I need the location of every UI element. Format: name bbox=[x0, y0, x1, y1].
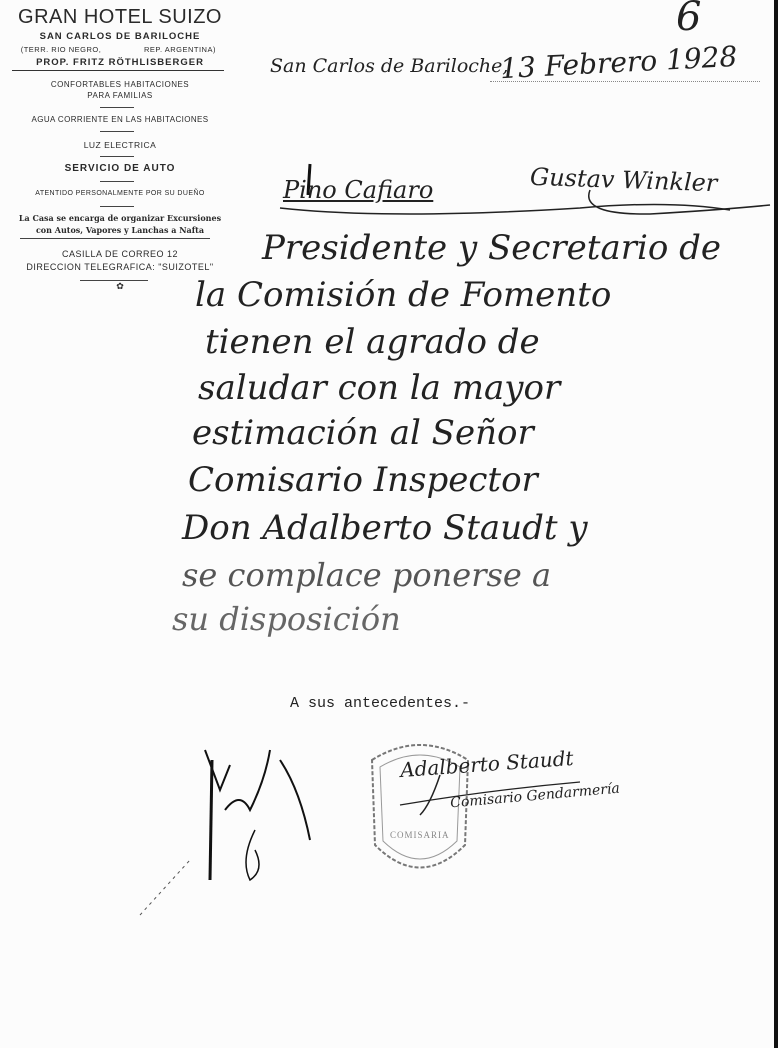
body-line: saludar con la mayor bbox=[198, 368, 560, 408]
separator bbox=[20, 238, 210, 239]
hotel-location: SAN CARLOS DE BARILOCHE bbox=[0, 31, 240, 42]
body-line: Comisario Inspector bbox=[188, 460, 538, 500]
excursions-line-2: con Autos, Vapores y Lanchas a Nafta bbox=[0, 225, 240, 235]
feature-auto: SERVICIO DE AUTO bbox=[0, 163, 240, 174]
feature-rooms-2: PARA FAMILIAS bbox=[0, 91, 240, 100]
hotel-region-left: (TERR. RIO NEGRO, bbox=[6, 45, 116, 54]
body-line: Presidente y Secretario de bbox=[262, 228, 721, 268]
body-line: su disposición bbox=[172, 600, 401, 638]
body-line: Don Adalberto Staudt y bbox=[182, 508, 588, 548]
po-box: CASILLA DE CORREO 12 bbox=[0, 249, 240, 259]
separator bbox=[100, 156, 134, 157]
separator bbox=[100, 131, 134, 132]
feature-electric: LUZ ELECTRICA bbox=[0, 140, 240, 150]
separator bbox=[100, 181, 134, 182]
feature-water: AGUA CORRIENTE EN LAS HABITACIONES bbox=[0, 115, 240, 124]
separator bbox=[12, 70, 224, 71]
telegraph-address: DIRECCION TELEGRAFICA: "SUIZOTEL" bbox=[0, 262, 240, 272]
stamp-text: COMISARIA bbox=[390, 830, 450, 840]
right-signature-flourish bbox=[390, 760, 590, 830]
separator bbox=[100, 206, 134, 207]
body-line: la Comisión de Fomento bbox=[195, 275, 611, 315]
body-line: estimación al Señor bbox=[192, 413, 534, 453]
hotel-region-right: REP. ARGENTINA) bbox=[125, 45, 235, 54]
typed-note: A sus antecedentes.- bbox=[290, 695, 470, 712]
dateline-place: San Carlos de Bariloche, bbox=[270, 55, 508, 77]
body-line: se complace ponerse a bbox=[182, 556, 551, 594]
feature-rooms-1: CONFORTABLES HABITACIONES bbox=[0, 80, 240, 89]
excursions-line-1: La Casa se encarga de organizar Excursio… bbox=[0, 213, 240, 223]
feature-owner: ATENTIDO PERSONALMENTE POR SU DUEÑO bbox=[0, 190, 240, 197]
hotel-proprietor: PROP. FRITZ RÖTHLISBERGER bbox=[0, 57, 240, 68]
hotel-name: GRAN HOTEL SUIZO bbox=[0, 6, 240, 29]
separator bbox=[100, 107, 134, 108]
body-line: tienen el agrado de bbox=[205, 322, 540, 362]
signature-flourish bbox=[250, 150, 778, 230]
page-number: 6 bbox=[676, 0, 701, 40]
